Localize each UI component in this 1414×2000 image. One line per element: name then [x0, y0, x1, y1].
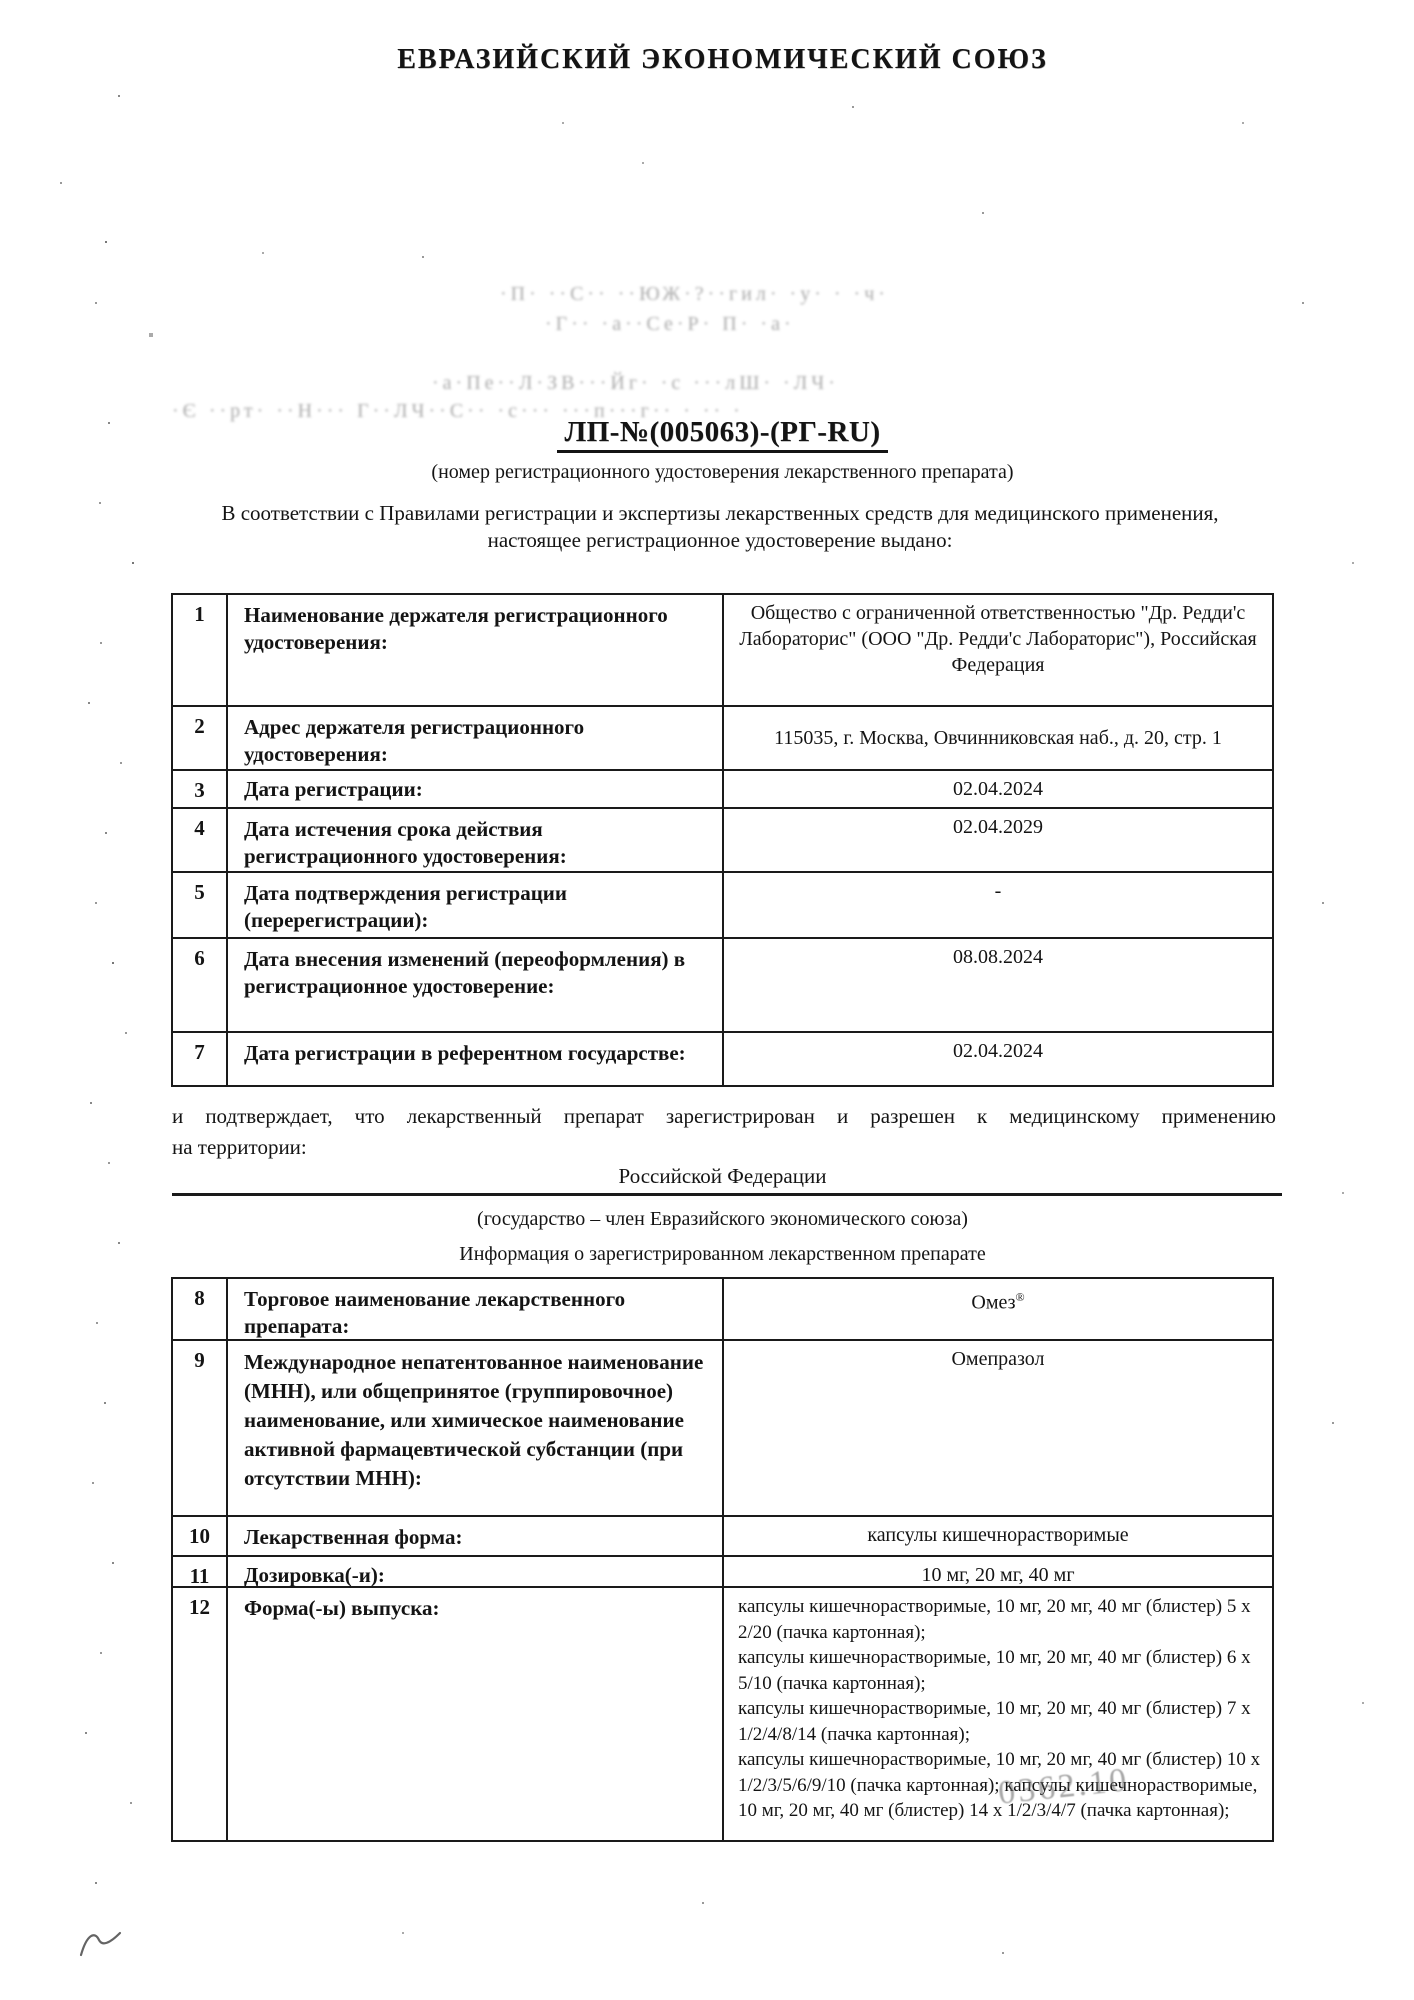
table-row: 7Дата регистрации в референтном государс…	[173, 1031, 1272, 1085]
row-value: 02.04.2024	[724, 771, 1272, 807]
registration-number-row: ЛП-№(005063)-(РГ-RU)	[170, 416, 1275, 453]
row-number: 3	[173, 771, 228, 807]
row-number: 7	[173, 1033, 228, 1085]
table-row: 12Форма(-ы) выпуска:капсулы кишечнораств…	[173, 1586, 1272, 1840]
table-row: 9Международное непатентованное наименова…	[173, 1339, 1272, 1515]
row-number: 6	[173, 939, 228, 1031]
scan-artifact-line: ·П· ··С·· ··ЮЖ·?··гил· ·у· · ·ч·	[500, 283, 970, 306]
product-table: 8Торговое наименование лекарственного пр…	[171, 1277, 1274, 1842]
row-value: 02.04.2024	[724, 1033, 1272, 1085]
table-row: 1Наименование держателя регистрационного…	[173, 595, 1272, 705]
row-value: -	[724, 873, 1272, 937]
row-label: Дата истечения срока действия регистраци…	[228, 809, 724, 871]
row-value: Омепразол	[724, 1341, 1272, 1515]
row-number: 9	[173, 1341, 228, 1515]
row-label: Торговое наименование лекарственного пре…	[228, 1279, 724, 1339]
row-label: Дозировка(-и):	[228, 1557, 724, 1586]
territory-name: Российской Федерации	[170, 1164, 1275, 1189]
row-label: Форма(-ы) выпуска:	[228, 1588, 724, 1840]
table-row: 10Лекарственная форма:капсулы кишечнорас…	[173, 1515, 1272, 1555]
row-number: 2	[173, 707, 228, 769]
trademark-symbol: ®	[1016, 1290, 1025, 1304]
row-value: 08.08.2024	[724, 939, 1272, 1031]
row-label: Наименование держателя регистрационного …	[228, 595, 724, 705]
registration-number: ЛП-№(005063)-(РГ-RU)	[557, 416, 889, 453]
row-number: 10	[173, 1517, 228, 1555]
confirmation-line-1: и подтверждает, что лекарственный препар…	[172, 1104, 1276, 1129]
divider-line	[172, 1193, 1282, 1196]
row-label: Лекарственная форма:	[228, 1517, 724, 1555]
row-number: 4	[173, 809, 228, 871]
row-number: 8	[173, 1279, 228, 1339]
table-row: 3Дата регистрации:02.04.2024	[173, 769, 1272, 807]
territory-caption: (государство – член Евразийского экономи…	[170, 1208, 1275, 1231]
pen-mark	[78, 1928, 128, 1962]
scan-artifact-line: ·Г·· ·а··Се·Р· П· ·а·	[545, 313, 845, 336]
row-value: капсулы кишечнорастворимые, 10 мг, 20 мг…	[724, 1588, 1272, 1840]
row-number: 5	[173, 873, 228, 937]
row-value: Омез®	[724, 1279, 1272, 1339]
release-form-entry: капсулы кишечнорастворимые, 10 мг, 20 мг…	[738, 1696, 1264, 1747]
row-number: 11	[173, 1557, 228, 1586]
row-value: 115035, г. Москва, Овчинниковская наб., …	[724, 707, 1272, 769]
row-value: 10 мг, 20 мг, 40 мг	[724, 1557, 1272, 1586]
row-label: Адрес держателя регистрационного удостов…	[228, 707, 724, 769]
row-label: Дата подтверждения регистрации (перереги…	[228, 873, 724, 937]
table-row: 2Адрес держателя регистрационного удосто…	[173, 705, 1272, 769]
row-label: Дата внесения изменений (переоформления)…	[228, 939, 724, 1031]
release-form-entry: капсулы кишечнорастворимые, 10 мг, 20 мг…	[738, 1645, 1264, 1696]
row-number: 1	[173, 595, 228, 705]
row-number: 12	[173, 1588, 228, 1840]
row-value: Общество с ограниченной ответственностью…	[724, 595, 1272, 705]
scan-artifact-line: ·а·Пе··Л·ЗВ···Йг· ·с ···лШ· ·ЛЧ·	[432, 372, 932, 395]
row-label: Дата регистрации:	[228, 771, 724, 807]
confirmation-line-2: на территории:	[172, 1135, 307, 1160]
row-value: 02.04.2029	[724, 809, 1272, 871]
table-row: 5Дата подтверждения регистрации (перерег…	[173, 871, 1272, 937]
document-page: ЕВРАЗИЙСКИЙ ЭКОНОМИЧЕСКИЙ СОЮЗ ·П· ··С··…	[0, 0, 1414, 2000]
release-form-entry: капсулы кишечнорастворимые, 10 мг, 20 мг…	[738, 1594, 1264, 1645]
holder-table: 1Наименование держателя регистрационного…	[171, 593, 1274, 1087]
registration-number-caption: (номер регистрационного удостоверения ле…	[170, 461, 1275, 484]
intro-paragraph: В соответствии с Правилами регистрации и…	[200, 500, 1240, 554]
table-row: 11Дозировка(-и):10 мг, 20 мг, 40 мг	[173, 1555, 1272, 1586]
scan-noise	[0, 0, 2, 2]
product-info-heading: Информация о зарегистрированном лекарств…	[170, 1243, 1275, 1266]
row-value: капсулы кишечнорастворимые	[724, 1517, 1272, 1555]
table-row: 8Торговое наименование лекарственного пр…	[173, 1279, 1272, 1339]
table-row: 4Дата истечения срока действия регистрац…	[173, 807, 1272, 871]
page-title: ЕВРАЗИЙСКИЙ ЭКОНОМИЧЕСКИЙ СОЮЗ	[170, 44, 1275, 76]
row-label: Международное непатентованное наименован…	[228, 1341, 724, 1515]
row-label: Дата регистрации в референтном государст…	[228, 1033, 724, 1085]
table-row: 6Дата внесения изменений (переоформления…	[173, 937, 1272, 1031]
